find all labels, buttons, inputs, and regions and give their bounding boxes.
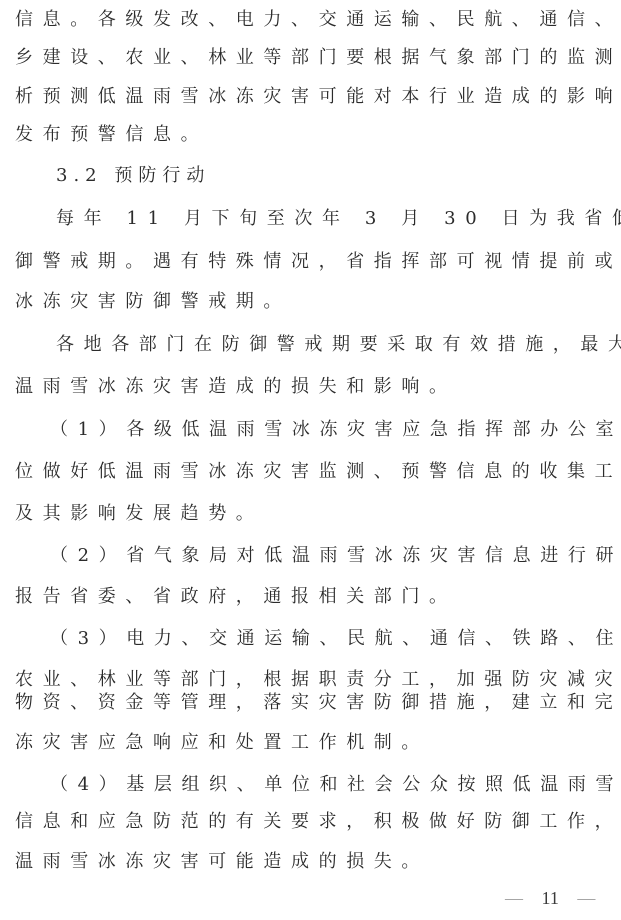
list-item-2: （2）省气象局对低温雨雪冰冻灾害信息进行研究分析，及时 [50,544,621,568]
list-item-3: （3）电力、交通运输、民航、通信、铁路、住房城乡建设、 [50,627,621,651]
text-line: 冻灾害应急响应和处置工作机制。 [15,731,615,755]
list-item-4: （4）基层组织、单位和社会公众按照低温雨雪冰冻灾害预警 [50,773,621,797]
text-line: 报告省委、省政府，通报相关部门。 [15,585,615,609]
text-line: 信息。各级发改、电力、交通运输、民航、通信、铁路、住房城 [15,8,615,32]
text-line: 御警戒期。遇有特殊情况，省指挥部可视情提前或延长低温雨雪 [15,250,615,274]
page-number-value: 11 [542,888,559,908]
text-line: 信息和应急防范的有关要求，积极做好防御工作，避免或减少低 [15,810,615,834]
text-line: 温雨雪冰冻灾害造成的损失和影响。 [15,375,615,399]
list-item-1: （1）各级低温雨雪冰冻灾害应急指挥部办公室、有关成员单 [50,418,621,442]
section-heading: 3.2 预防行动 [56,164,621,188]
text-line: 及其影响发展趋势。 [15,502,615,526]
page-number: — 11 — [505,886,595,910]
text-line: 析预测低温雨雪冰冻灾害可能对本行业造成的影响及危害，及时 [15,85,615,109]
text-line: 乡建设、农业、林业等部门要根据气象部门的监测预警信息，分 [15,46,615,70]
document-page: 信息。各级发改、电力、交通运输、民航、通信、铁路、住房城 乡建设、农业、林业等部… [0,0,621,920]
text-line: 各地各部门在防御警戒期要采取有效措施，最大程度减少低 [56,333,621,357]
text-line: 位做好低温雨雪冰冻灾害监测、预警信息的收集工作，研判灾害 [15,460,615,484]
dash-left: — [505,888,523,908]
text-line: 每年 11 月下旬至次年 3 月 30 日为我省低温雨雪冰冻灾害防 [56,207,621,231]
text-line: 温雨雪冰冻灾害可能造成的损失。 [15,850,615,874]
dash-right: — [577,888,595,908]
text-line: 物资、资金等管理，落实灾害防御措施，建立和完善低温雨雪冰 [15,691,615,715]
text-line: 冰冻灾害防御警戒期。 [15,290,615,314]
text-line: 农业、林业等部门，根据职责分工，加强防灾减灾人员、装备、 [15,668,615,692]
text-line: 发布预警信息。 [15,123,615,147]
